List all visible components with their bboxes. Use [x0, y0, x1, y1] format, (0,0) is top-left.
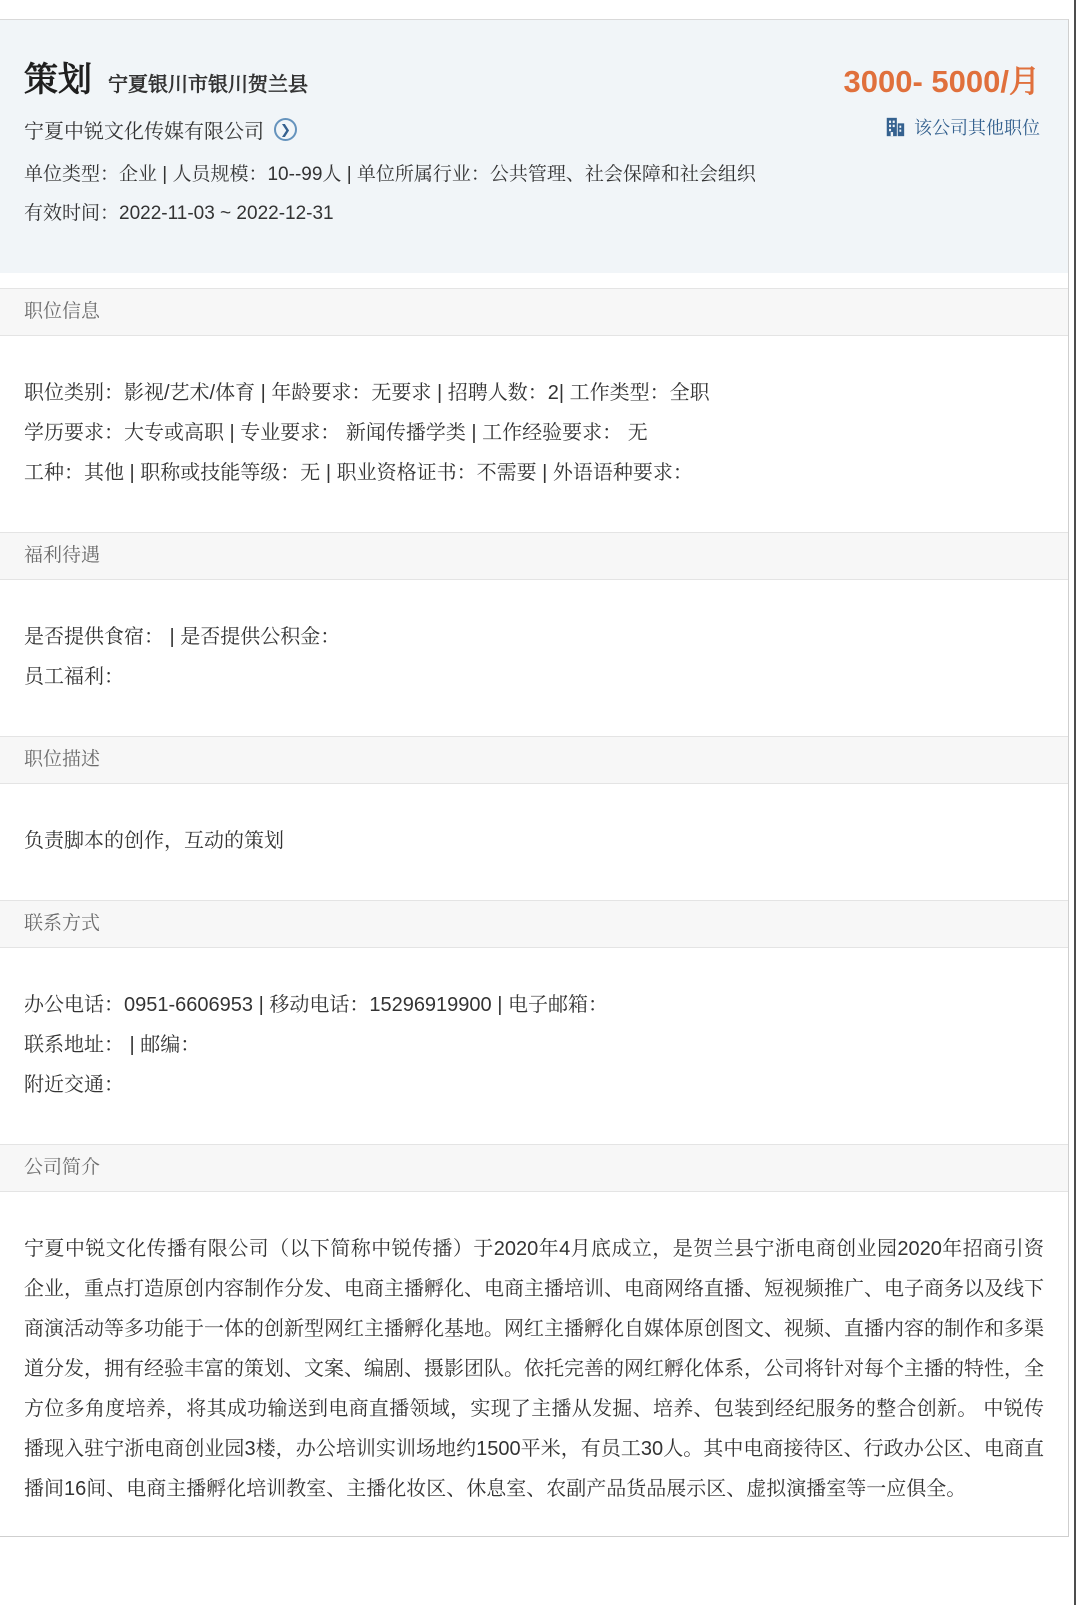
- section-contact: 联系方式 办公电话：0951-6606953 | 移动电话：1529691990…: [0, 900, 1068, 1144]
- section-body-company-intro: 宁夏中锐文化传播有限公司（以下简称中锐传播）于2020年4月底成立，是贺兰县宁浙…: [0, 1192, 1068, 1536]
- section-title-company-intro: 公司简介: [0, 1144, 1068, 1192]
- section-welfare: 福利待遇 是否提供食宿： | 是否提供公积金： 员工福利：: [0, 532, 1068, 736]
- section-company-intro: 公司简介 宁夏中锐文化传播有限公司（以下简称中锐传播）于2020年4月底成立，是…: [0, 1144, 1068, 1536]
- job-header-right: 3000- 5000/月: [844, 60, 1040, 140]
- section-body-contact: 办公电话：0951-6606953 | 移动电话：15296919900 | 电…: [0, 948, 1068, 1144]
- company-intro-paragraph: 宁夏中锐文化传播有限公司（以下简称中锐传播）于2020年4月底成立，是贺兰县宁浙…: [24, 1229, 1044, 1509]
- welfare-line: 员工福利：: [24, 657, 1044, 697]
- section-body-job-info: 职位类别：影视/艺术/体育 | 年龄要求：无要求 | 招聘人数：2| 工作类型：…: [0, 336, 1068, 532]
- company-row: 宁夏中锐文化传媒有限公司 ❯: [24, 114, 756, 144]
- other-jobs-link[interactable]: 该公司其他职位: [884, 114, 1040, 140]
- other-jobs-label: 该公司其他职位: [914, 114, 1040, 140]
- section-body-job-description: 负责脚本的创作，互动的策划: [0, 784, 1068, 900]
- section-job-info: 职位信息 职位类别：影视/艺术/体育 | 年龄要求：无要求 | 招聘人数：2| …: [0, 288, 1068, 532]
- job-detail-page: 策划 宁夏银川市银川贺兰县 宁夏中锐文化传媒有限公司 ❯ 单位类型：企业 | 人…: [0, 0, 1080, 1605]
- buildings-icon: [884, 116, 906, 138]
- validity-line: 有效时间：2022-11-03 ~ 2022-12-31: [24, 201, 756, 227]
- contact-line: 办公电话：0951-6606953 | 移动电话：15296919900 | 电…: [24, 985, 1044, 1025]
- section-job-description: 职位描述 负责脚本的创作，互动的策划: [0, 736, 1068, 900]
- title-row: 策划 宁夏银川市银川贺兰县: [24, 60, 756, 100]
- chevron-right-circle-icon[interactable]: ❯: [274, 118, 297, 141]
- contact-line: 联系地址： | 邮编：: [24, 1025, 1044, 1065]
- contact-line: 附近交通：: [24, 1065, 1044, 1105]
- company-meta-line: 单位类型：企业 | 人员规模：10--99人 | 单位所属行业：公共管理、社会保…: [24, 162, 756, 188]
- job-title: 策划: [24, 60, 92, 100]
- section-title-job-info: 职位信息: [0, 288, 1068, 336]
- company-name[interactable]: 宁夏中锐文化传媒有限公司: [24, 115, 264, 144]
- job-card: 策划 宁夏银川市银川贺兰县 宁夏中锐文化传媒有限公司 ❯ 单位类型：企业 | 人…: [0, 19, 1069, 1537]
- section-body-welfare: 是否提供食宿： | 是否提供公积金： 员工福利：: [0, 580, 1068, 736]
- job-location: 宁夏银川市银川贺兰县: [108, 68, 308, 97]
- welfare-line: 是否提供食宿： | 是否提供公积金：: [24, 617, 1044, 657]
- job-description-line: 负责脚本的创作，互动的策划: [24, 821, 1044, 861]
- frame-right-border: [1074, 0, 1076, 1605]
- salary: 3000- 5000/月: [844, 62, 1040, 102]
- job-info-line: 工种：其他 | 职称或技能等级：无 | 职业资格证书：不需要 | 外语语种要求：: [24, 453, 1044, 493]
- job-info-line: 职位类别：影视/艺术/体育 | 年龄要求：无要求 | 招聘人数：2| 工作类型：…: [24, 373, 1044, 413]
- section-title-contact: 联系方式: [0, 900, 1068, 948]
- section-title-job-description: 职位描述: [0, 736, 1068, 784]
- job-info-line: 学历要求：大专或高职 | 专业要求： 新闻传播学类 | 工作经验要求： 无: [24, 413, 1044, 453]
- job-header: 策划 宁夏银川市银川贺兰县 宁夏中锐文化传媒有限公司 ❯ 单位类型：企业 | 人…: [0, 20, 1068, 273]
- job-header-left: 策划 宁夏银川市银川贺兰县 宁夏中锐文化传媒有限公司 ❯ 单位类型：企业 | 人…: [24, 60, 756, 227]
- section-title-welfare: 福利待遇: [0, 532, 1068, 580]
